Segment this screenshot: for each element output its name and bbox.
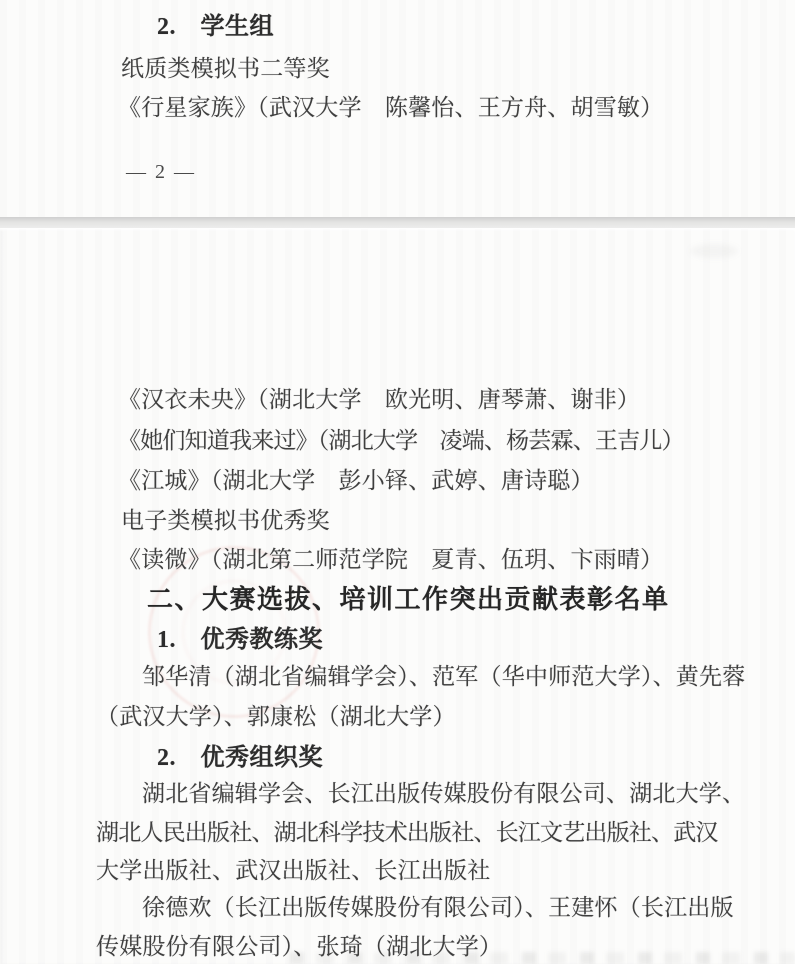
organization-list-line: 湖北人民出版社、湖北科学技术出版社、长江文艺出版社、武汉 (96, 814, 718, 847)
entry-line: 《读微》（湖北第二师范学院 夏青、伍玥、卞雨晴） (118, 541, 663, 574)
subsection-heading-organization-award: 2. 优秀组织奖 (157, 737, 323, 772)
page-gap-divider (0, 217, 795, 228)
entry-line: 《江城》（湖北大学 彭小铎、武婷、唐诗聪） (118, 462, 594, 495)
scan-smudge (690, 244, 738, 258)
scanned-document: 2. 学生组 纸质类模拟书二等奖 《行星家族》（武汉大学 陈馨怡、王方舟、胡雪敏… (0, 0, 795, 964)
subsection-heading-coach-award: 1. 优秀教练奖 (157, 619, 323, 654)
entry-line: 《她们知道我来过》（湖北大学 凌端、杨芸霖、王吉儿） (118, 422, 684, 455)
page-2: 《汉衣未央》（湖北大学 欧光明、唐琴萧、谢非） 《她们知道我来过》（湖北大学 凌… (0, 228, 795, 964)
page-1: 2. 学生组 纸质类模拟书二等奖 《行星家族》（武汉大学 陈馨怡、王方舟、胡雪敏… (0, 0, 795, 217)
award-category-line: 纸质类模拟书二等奖 (121, 50, 330, 83)
section-heading: 二、大赛选拔、培训工作突出贡献表彰名单 (147, 579, 670, 616)
name-list-line: 传媒股份有限公司）、张琦（湖北大学） (96, 928, 502, 961)
group-heading: 2. 学生组 (157, 6, 274, 41)
name-list-line: 徐德欢（长江出版传媒股份有限公司）、王建怀（长江出版 (142, 889, 734, 922)
entry-line: 《汉衣未央》（湖北大学 欧光明、唐琴萧、谢非） (118, 381, 640, 414)
name-list-line: （武汉大学）、郭康松（湖北大学） (96, 698, 456, 731)
name-list-line: 邹华清（湖北省编辑学会）、范军（华中师范大学）、黄先蓉 (142, 658, 745, 691)
page-number: — 2 — (126, 161, 196, 184)
organization-list-line: 湖北省编辑学会、长江出版传媒股份有限公司、湖北大学、 (142, 775, 745, 808)
award-category-line: 电子类模拟书优秀奖 (121, 502, 330, 535)
entry-line: 《行星家族》（武汉大学 陈馨怡、王方舟、胡雪敏） (118, 89, 663, 122)
organization-list-line: 大学出版社、武汉出版社、长江出版社 (96, 852, 490, 885)
